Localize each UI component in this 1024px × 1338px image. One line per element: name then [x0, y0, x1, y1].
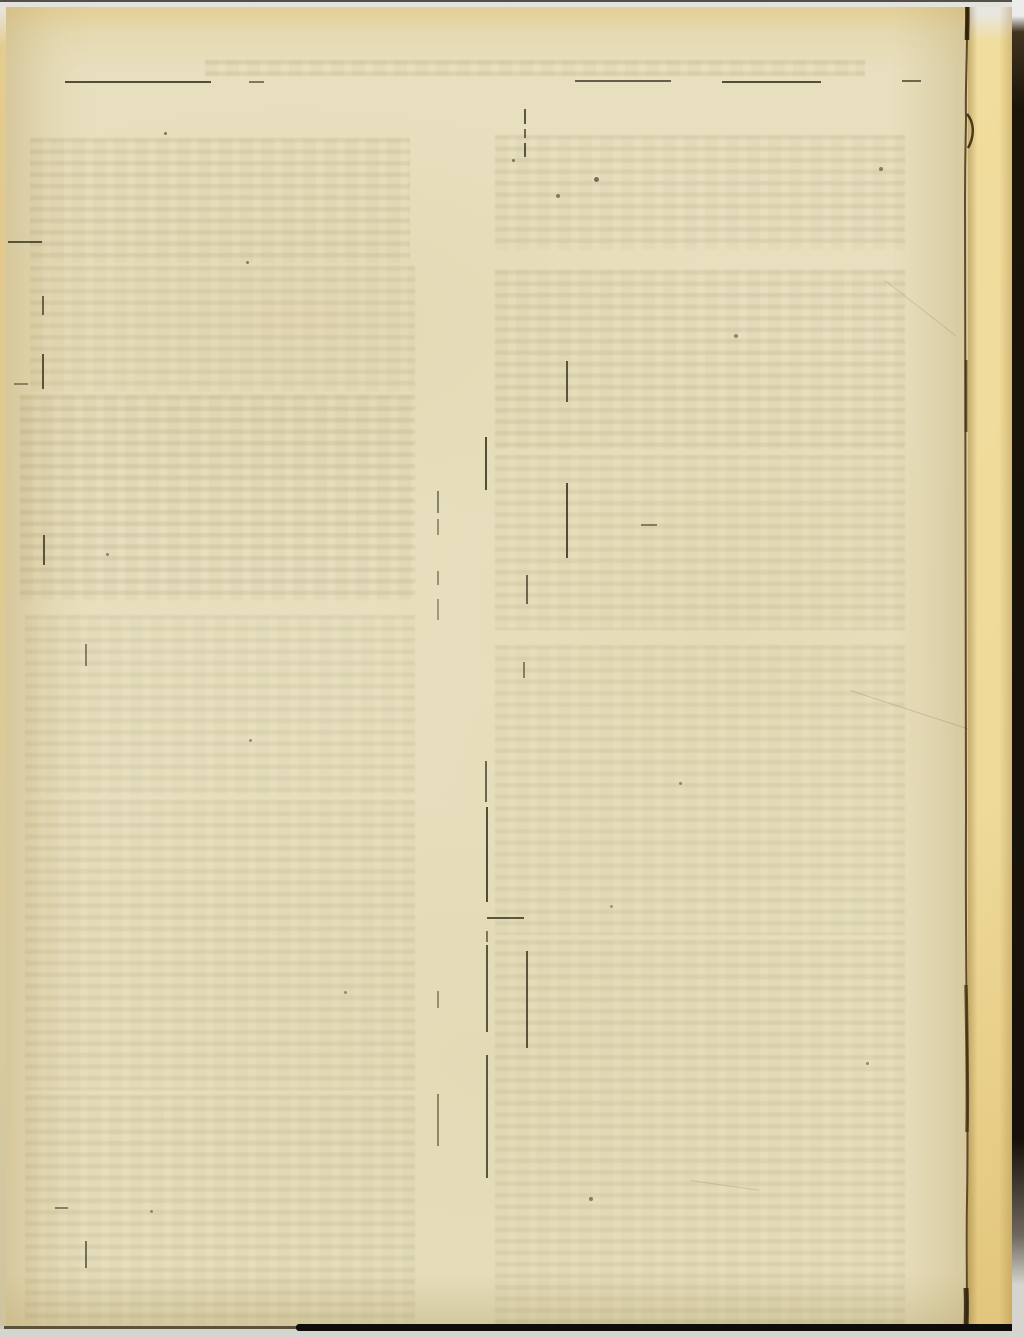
paper-speck	[246, 261, 249, 264]
ink-mark	[486, 1055, 488, 1178]
ink-mark	[486, 931, 488, 942]
ink-mark	[437, 571, 439, 585]
book-binding-edge	[1012, 0, 1024, 1338]
ink-mark	[42, 354, 44, 389]
ink-mark	[437, 491, 439, 513]
ink-mark	[487, 917, 524, 919]
paper-speck	[879, 167, 883, 171]
paper-speck	[512, 159, 515, 162]
paper-speck	[556, 194, 560, 198]
bottom-page-edge-shadow	[296, 1324, 1012, 1331]
ink-mark	[437, 599, 439, 620]
ink-mark	[641, 524, 657, 526]
ink-mark	[65, 81, 211, 83]
ink-mark	[437, 519, 439, 535]
ghost-text-block	[25, 615, 415, 795]
left-page-edge	[0, 7, 6, 1326]
ink-mark	[486, 807, 488, 902]
ink-mark	[42, 296, 44, 315]
paper-speck	[866, 1062, 869, 1065]
paper-speck	[150, 1210, 153, 1213]
ghost-text-block	[20, 395, 415, 600]
ink-mark	[485, 761, 487, 802]
scanned-page	[0, 0, 1024, 1338]
ink-mark	[55, 1207, 68, 1209]
paper-sheet	[6, 7, 968, 1326]
ghost-text-block	[25, 800, 415, 1090]
ghost-text-block	[495, 270, 905, 450]
paper-speck	[249, 739, 252, 742]
ink-mark	[526, 951, 528, 1048]
ink-mark	[885, 280, 957, 336]
ghost-text-block	[495, 645, 905, 935]
ink-mark	[902, 80, 921, 82]
ink-mark	[486, 945, 488, 1032]
bottom-page-edge-thin	[4, 1326, 304, 1329]
ink-mark	[526, 575, 528, 604]
ink-mark	[437, 991, 439, 1008]
ink-mark	[566, 361, 568, 402]
ink-mark	[690, 1180, 759, 1191]
ink-mark	[524, 129, 526, 138]
ink-mark	[523, 662, 525, 678]
paper-speck	[164, 132, 167, 135]
ink-mark	[14, 383, 28, 385]
ghost-text-block	[495, 135, 905, 250]
ghost-text-block	[30, 266, 415, 391]
ink-mark	[43, 535, 45, 565]
ghost-text-block	[495, 455, 905, 630]
paper-speck	[610, 905, 613, 908]
ink-mark	[8, 241, 42, 243]
paper-speck	[589, 1197, 593, 1201]
page-crease-line	[952, 0, 978, 1338]
ghost-text-block	[495, 940, 905, 1325]
paper-speck	[734, 334, 738, 338]
paper-speck	[594, 177, 599, 182]
ink-mark	[85, 644, 87, 666]
paper-speck	[344, 991, 347, 994]
ink-mark	[524, 143, 526, 157]
ink-mark	[566, 483, 568, 558]
ink-mark	[575, 80, 671, 82]
ink-mark	[437, 1094, 439, 1146]
paper-speck	[679, 782, 682, 785]
ghost-text-block	[30, 138, 410, 263]
ghost-text-block	[25, 1095, 415, 1325]
ink-mark	[85, 1241, 87, 1268]
ink-mark	[722, 81, 821, 83]
ghost-text-block	[205, 60, 865, 76]
ink-mark	[249, 81, 264, 83]
ink-mark	[524, 109, 526, 124]
scan-top-edge-light	[0, 2, 1012, 7]
ink-mark	[485, 437, 487, 490]
paper-speck	[106, 553, 109, 556]
